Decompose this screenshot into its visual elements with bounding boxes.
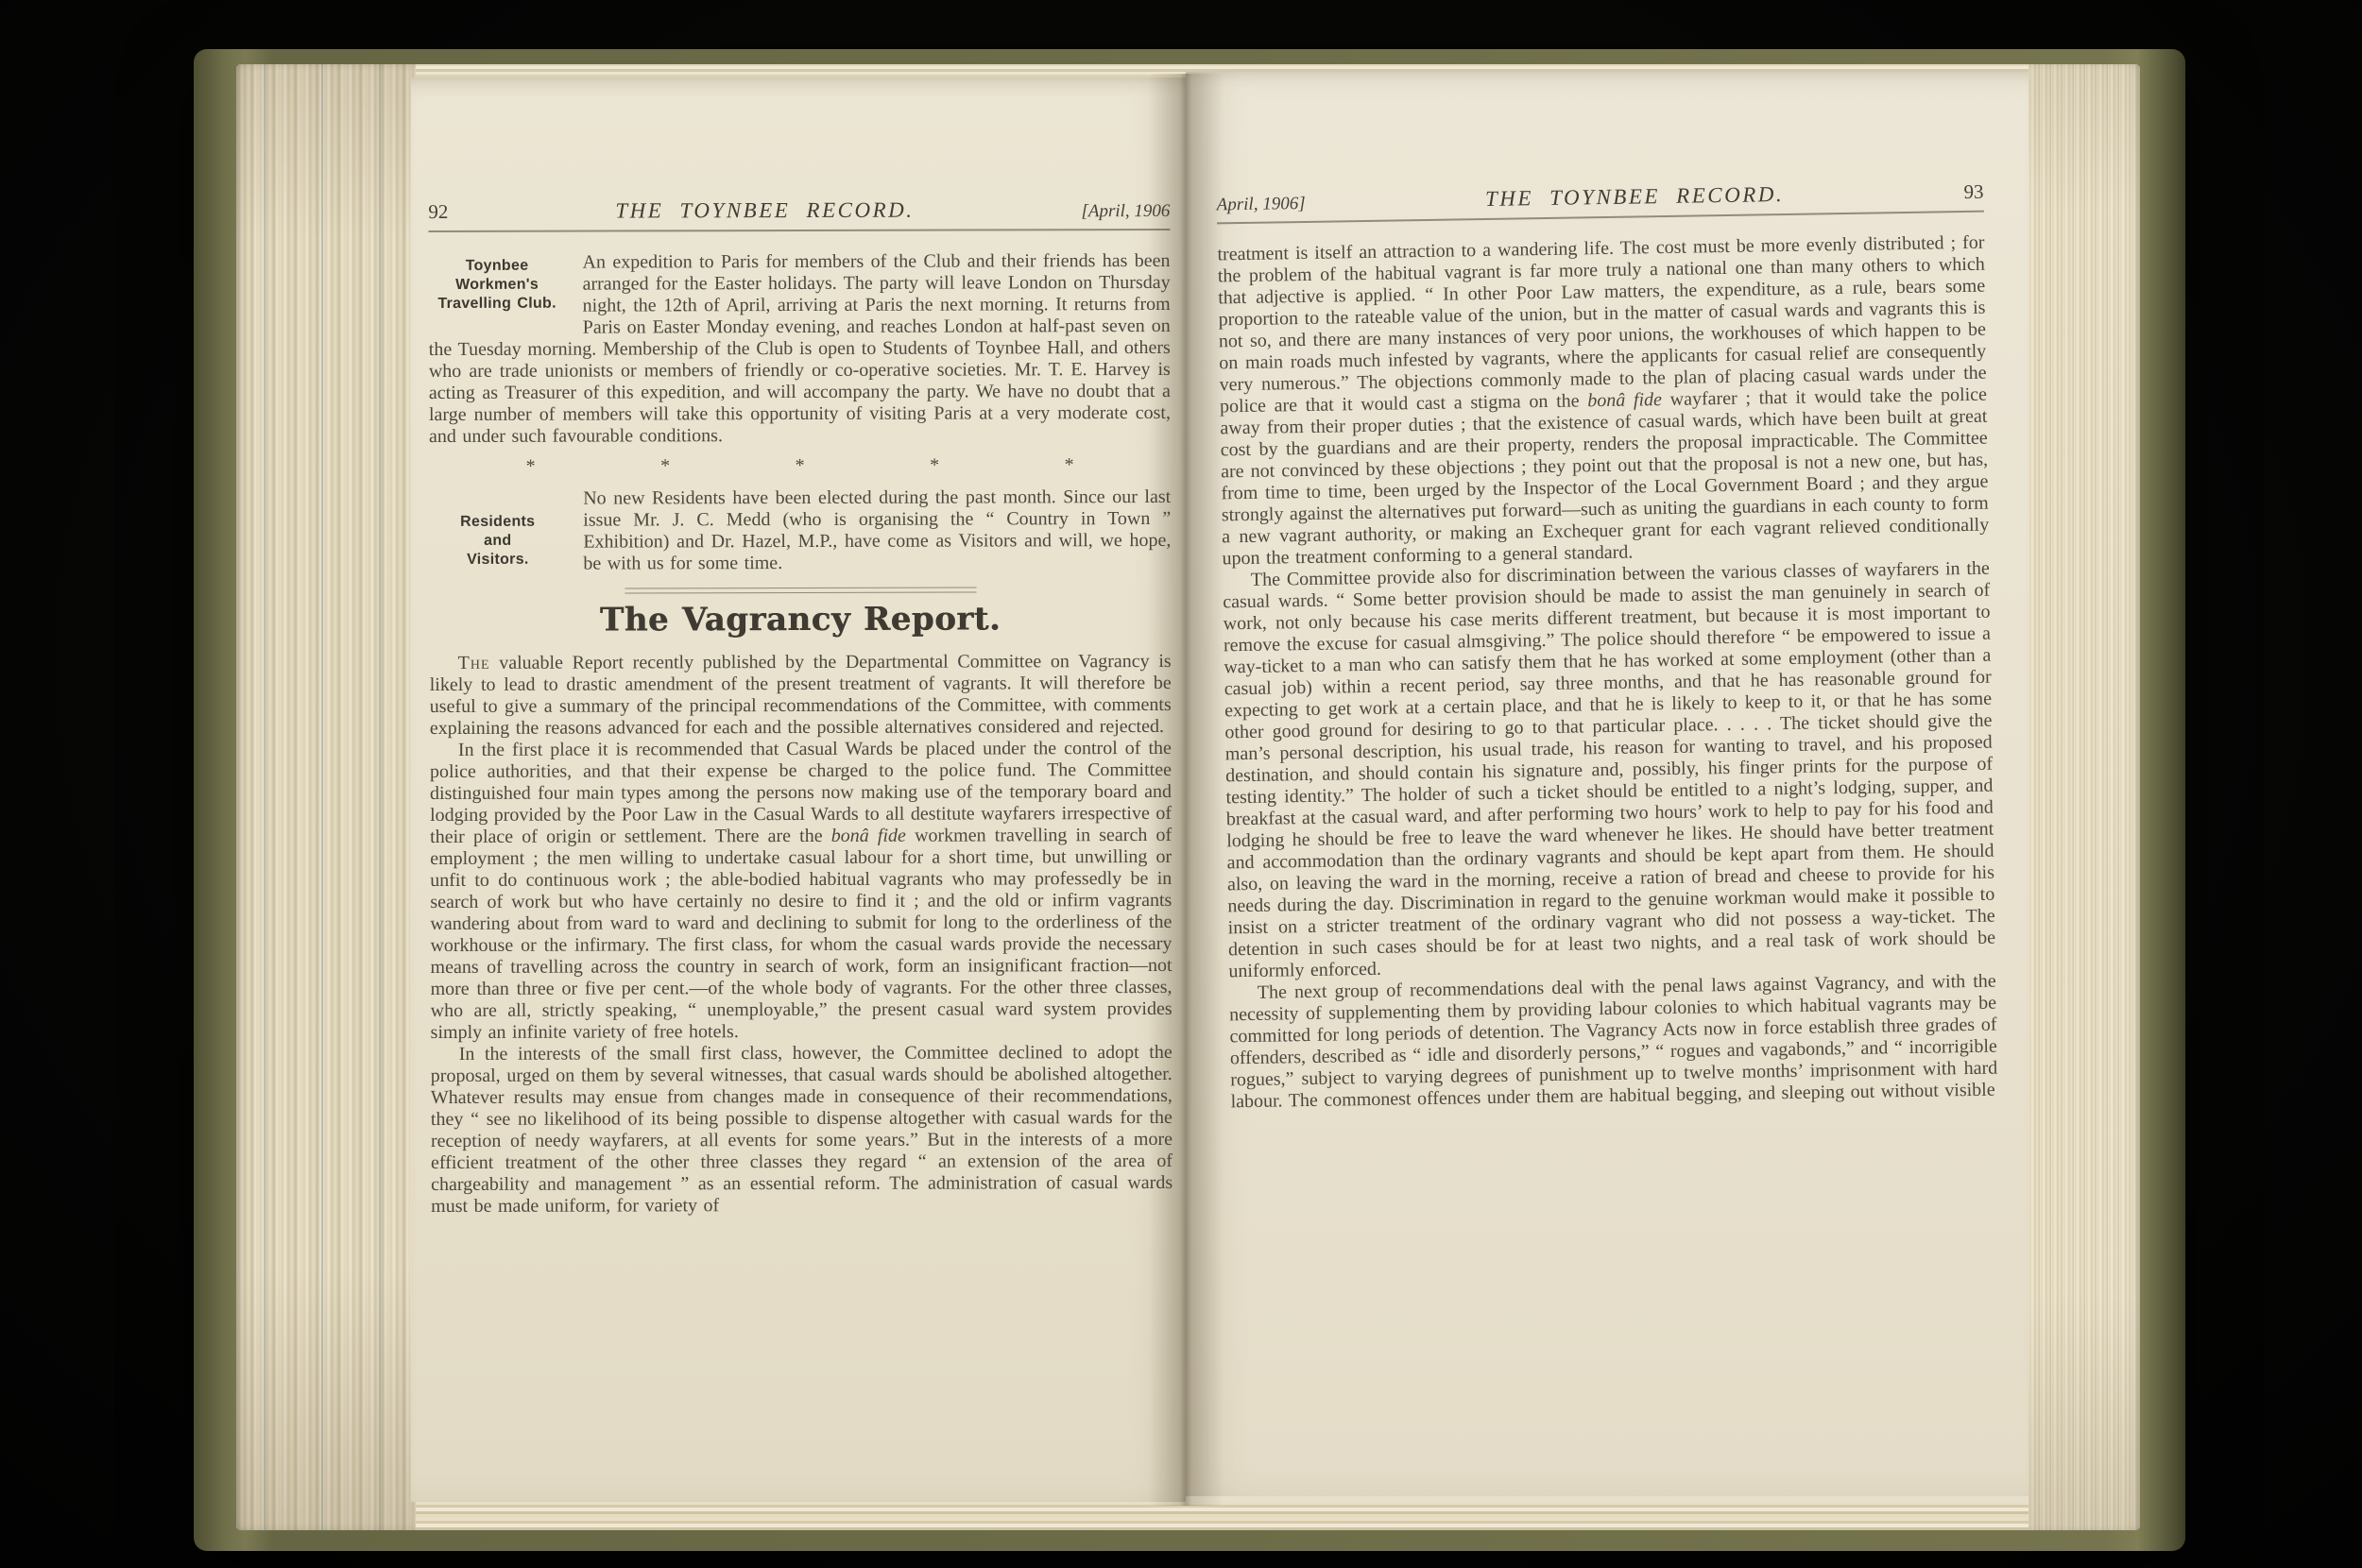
asterisk: * xyxy=(526,456,536,478)
asterisk: * xyxy=(796,455,805,477)
journal-title: THE TOYNBEE RECORD. xyxy=(1305,179,1963,214)
asterisk: * xyxy=(930,455,939,477)
issue-date: April, 1906] xyxy=(1217,194,1306,215)
page-92-body: Toynbee Workmen's Travelling Club. An ex… xyxy=(429,250,1173,1218)
journal-title: THE TOYNBEE RECORD. xyxy=(448,197,1081,224)
page-93: April, 1906] THE TOYNBEE RECORD. 93 trea… xyxy=(1186,72,2028,1496)
asterisk: * xyxy=(1065,454,1074,476)
lead-word: The xyxy=(458,653,490,673)
article-title: The Vagrancy Report. xyxy=(429,600,1171,639)
page-92-content: 92 THE TOYNBEE RECORD. [April, 1906 Toyn… xyxy=(411,77,1186,1502)
photo-background: 92 THE TOYNBEE RECORD. [April, 1906 Toyn… xyxy=(0,0,2362,1568)
paragraph-interests: In the interests of the small first clas… xyxy=(431,1042,1172,1218)
section-separator-asterisks: * * * * * xyxy=(526,454,1074,478)
asterisk: * xyxy=(660,455,670,477)
paragraph-first-place: In the first place it is recommended tha… xyxy=(430,738,1172,1044)
page-93-content: April, 1906] THE TOYNBEE RECORD. 93 trea… xyxy=(1186,72,2028,1496)
paragraph-travelling-club: Toynbee Workmen's Travelling Club. An ex… xyxy=(429,250,1172,448)
paragraph-text: No new Residents have been elected durin… xyxy=(583,486,1171,574)
page-header-right: April, 1906] THE TOYNBEE RECORD. 93 xyxy=(1216,179,1983,216)
latin-phrase: bonâ fide xyxy=(831,826,906,846)
page-fore-edge-right xyxy=(2028,64,2140,1530)
paragraph-vagrancy-intro: The valuable Report recently published b… xyxy=(430,651,1172,740)
paragraph-committee-discrimination: The Committee provide also for discrimin… xyxy=(1223,558,1996,983)
paragraph-treatment-continued: treatment is itself an attraction to a w… xyxy=(1217,232,1989,571)
paragraph-text: workmen travelling in search of employme… xyxy=(430,825,1172,1043)
page-spread: 92 THE TOYNBEE RECORD. [April, 1906 Toyn… xyxy=(236,64,2140,1530)
article-divider xyxy=(625,588,976,594)
book-gutter xyxy=(1148,74,1224,1506)
paragraph-residents: Residents and Visitors. No new Residents… xyxy=(429,486,1171,575)
page-93-body: treatment is itself an attraction to a w… xyxy=(1217,232,1997,1114)
page-number: 92 xyxy=(428,200,448,224)
sidenote-travelling-club: Toynbee Workmen's Travelling Club. xyxy=(429,252,566,337)
paragraph-penal-laws: The next group of recommendations deal w… xyxy=(1229,971,1998,1114)
header-rule xyxy=(428,229,1170,232)
sidenote-residents: Residents and Visitors. xyxy=(429,488,566,575)
page-number: 93 xyxy=(1963,180,1983,204)
page-edge-bottom xyxy=(350,1502,2083,1530)
page-fore-edge-left xyxy=(236,64,416,1530)
page-header-left: 92 THE TOYNBEE RECORD. [April, 1906 xyxy=(428,197,1170,224)
page-92: 92 THE TOYNBEE RECORD. [April, 1906 Toyn… xyxy=(411,77,1186,1502)
latin-phrase: bonâ fide xyxy=(1587,389,1662,411)
paragraph-text: valuable Report recently published by th… xyxy=(430,651,1172,739)
